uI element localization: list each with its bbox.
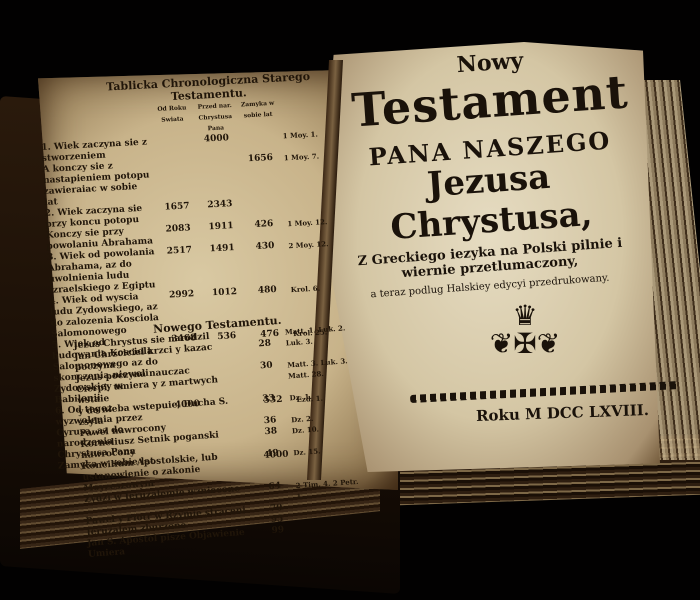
column-header: Przed nar. Chrystusa Pana [195,100,236,135]
column-header: Od Roku Swiata [152,102,193,137]
crown-vignette-icon: ♛❦✠❦ [480,302,570,362]
column-header: Zamyka w sobie lat [238,98,279,133]
new-testament-chronology-table: Nowego Testamentu. Jezus Chrystus sie na… [72,308,378,561]
title-page-heading: Nowy Testament PANA NASZEGO Jezusa Chrys… [340,50,640,292]
